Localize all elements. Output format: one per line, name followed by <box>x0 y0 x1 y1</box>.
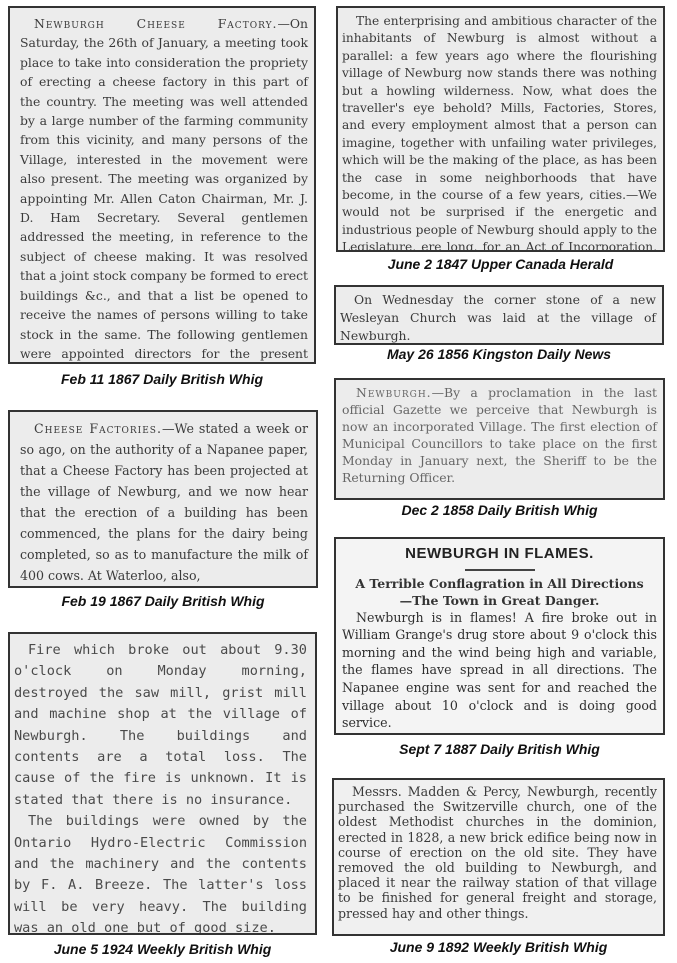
clipping-subhead: —The Town in Great Danger. <box>342 592 657 609</box>
clipping-caption: May 26 1856 Kingston Daily News <box>334 346 664 362</box>
clipping-body: —On Saturday, the 26th of January, a mee… <box>20 16 308 364</box>
clipping-flames-1887: NEWBURGH IN FLAMES. A Terrible Conflagra… <box>334 537 665 735</box>
clipping-body: On Wednesday the corner stone of a new W… <box>340 291 656 345</box>
clipping-body: Messrs. Madden & Percy, Newburgh, recent… <box>338 784 657 921</box>
clipping-caption: Sept 7 1887 Daily British Whig <box>334 741 665 757</box>
clipping-paragraph: The buildings were owned by the Ontario … <box>14 811 307 935</box>
clipping-heading: Newburgh. <box>356 385 432 400</box>
clipping-paragraph: Fire which broke out about 9.30 o'clock … <box>14 640 307 811</box>
clipping-cheese-factory-1867: Newburgh Cheese Factory.—On Saturday, th… <box>8 6 316 364</box>
clipping-caption: June 9 1892 Weekly British Whig <box>332 939 665 955</box>
clipping-caption: Feb 11 1867 Daily British Whig <box>8 371 316 387</box>
clipping-incorporated-1858: Newburgh.—By a proclamation in the last … <box>334 378 665 500</box>
clipping-caption: June 2 1847 Upper Canada Herald <box>336 256 665 272</box>
clipping-headline: NEWBURGH IN FLAMES. <box>342 545 657 563</box>
clipping-heading: Newburgh Cheese Factory. <box>34 16 277 31</box>
clipping-subhead: A Terrible Conflagration in All Directio… <box>342 575 657 592</box>
clipping-body: —We stated a week or so ago, on the auth… <box>20 421 308 583</box>
clipping-caption: Dec 2 1858 Daily British Whig <box>334 502 665 518</box>
clipping-body: —By a proclamation in the last official … <box>342 385 657 485</box>
clipping-church-1892: Messrs. Madden & Percy, Newburgh, recent… <box>332 778 665 936</box>
divider-rule <box>465 569 535 571</box>
clipping-cheese-factories-1867: Cheese Factories.—We stated a week or so… <box>8 410 318 588</box>
clipping-fire-1924: Fire which broke out about 9.30 o'clock … <box>8 632 317 935</box>
clipping-heading: Cheese Factories. <box>34 421 162 436</box>
clipping-caption: Feb 19 1867 Daily British Whig <box>8 593 318 609</box>
clipping-body: Newburgh is in flames! A fire broke out … <box>342 609 657 732</box>
clipping-caption: June 5 1924 Weekly British Whig <box>8 941 317 957</box>
clipping-body: The enterprising and ambitious character… <box>342 13 657 252</box>
clipping-enterprising-1847: The enterprising and ambitious character… <box>336 6 665 252</box>
clipping-wesleyan-1856: On Wednesday the corner stone of a new W… <box>334 285 664 345</box>
